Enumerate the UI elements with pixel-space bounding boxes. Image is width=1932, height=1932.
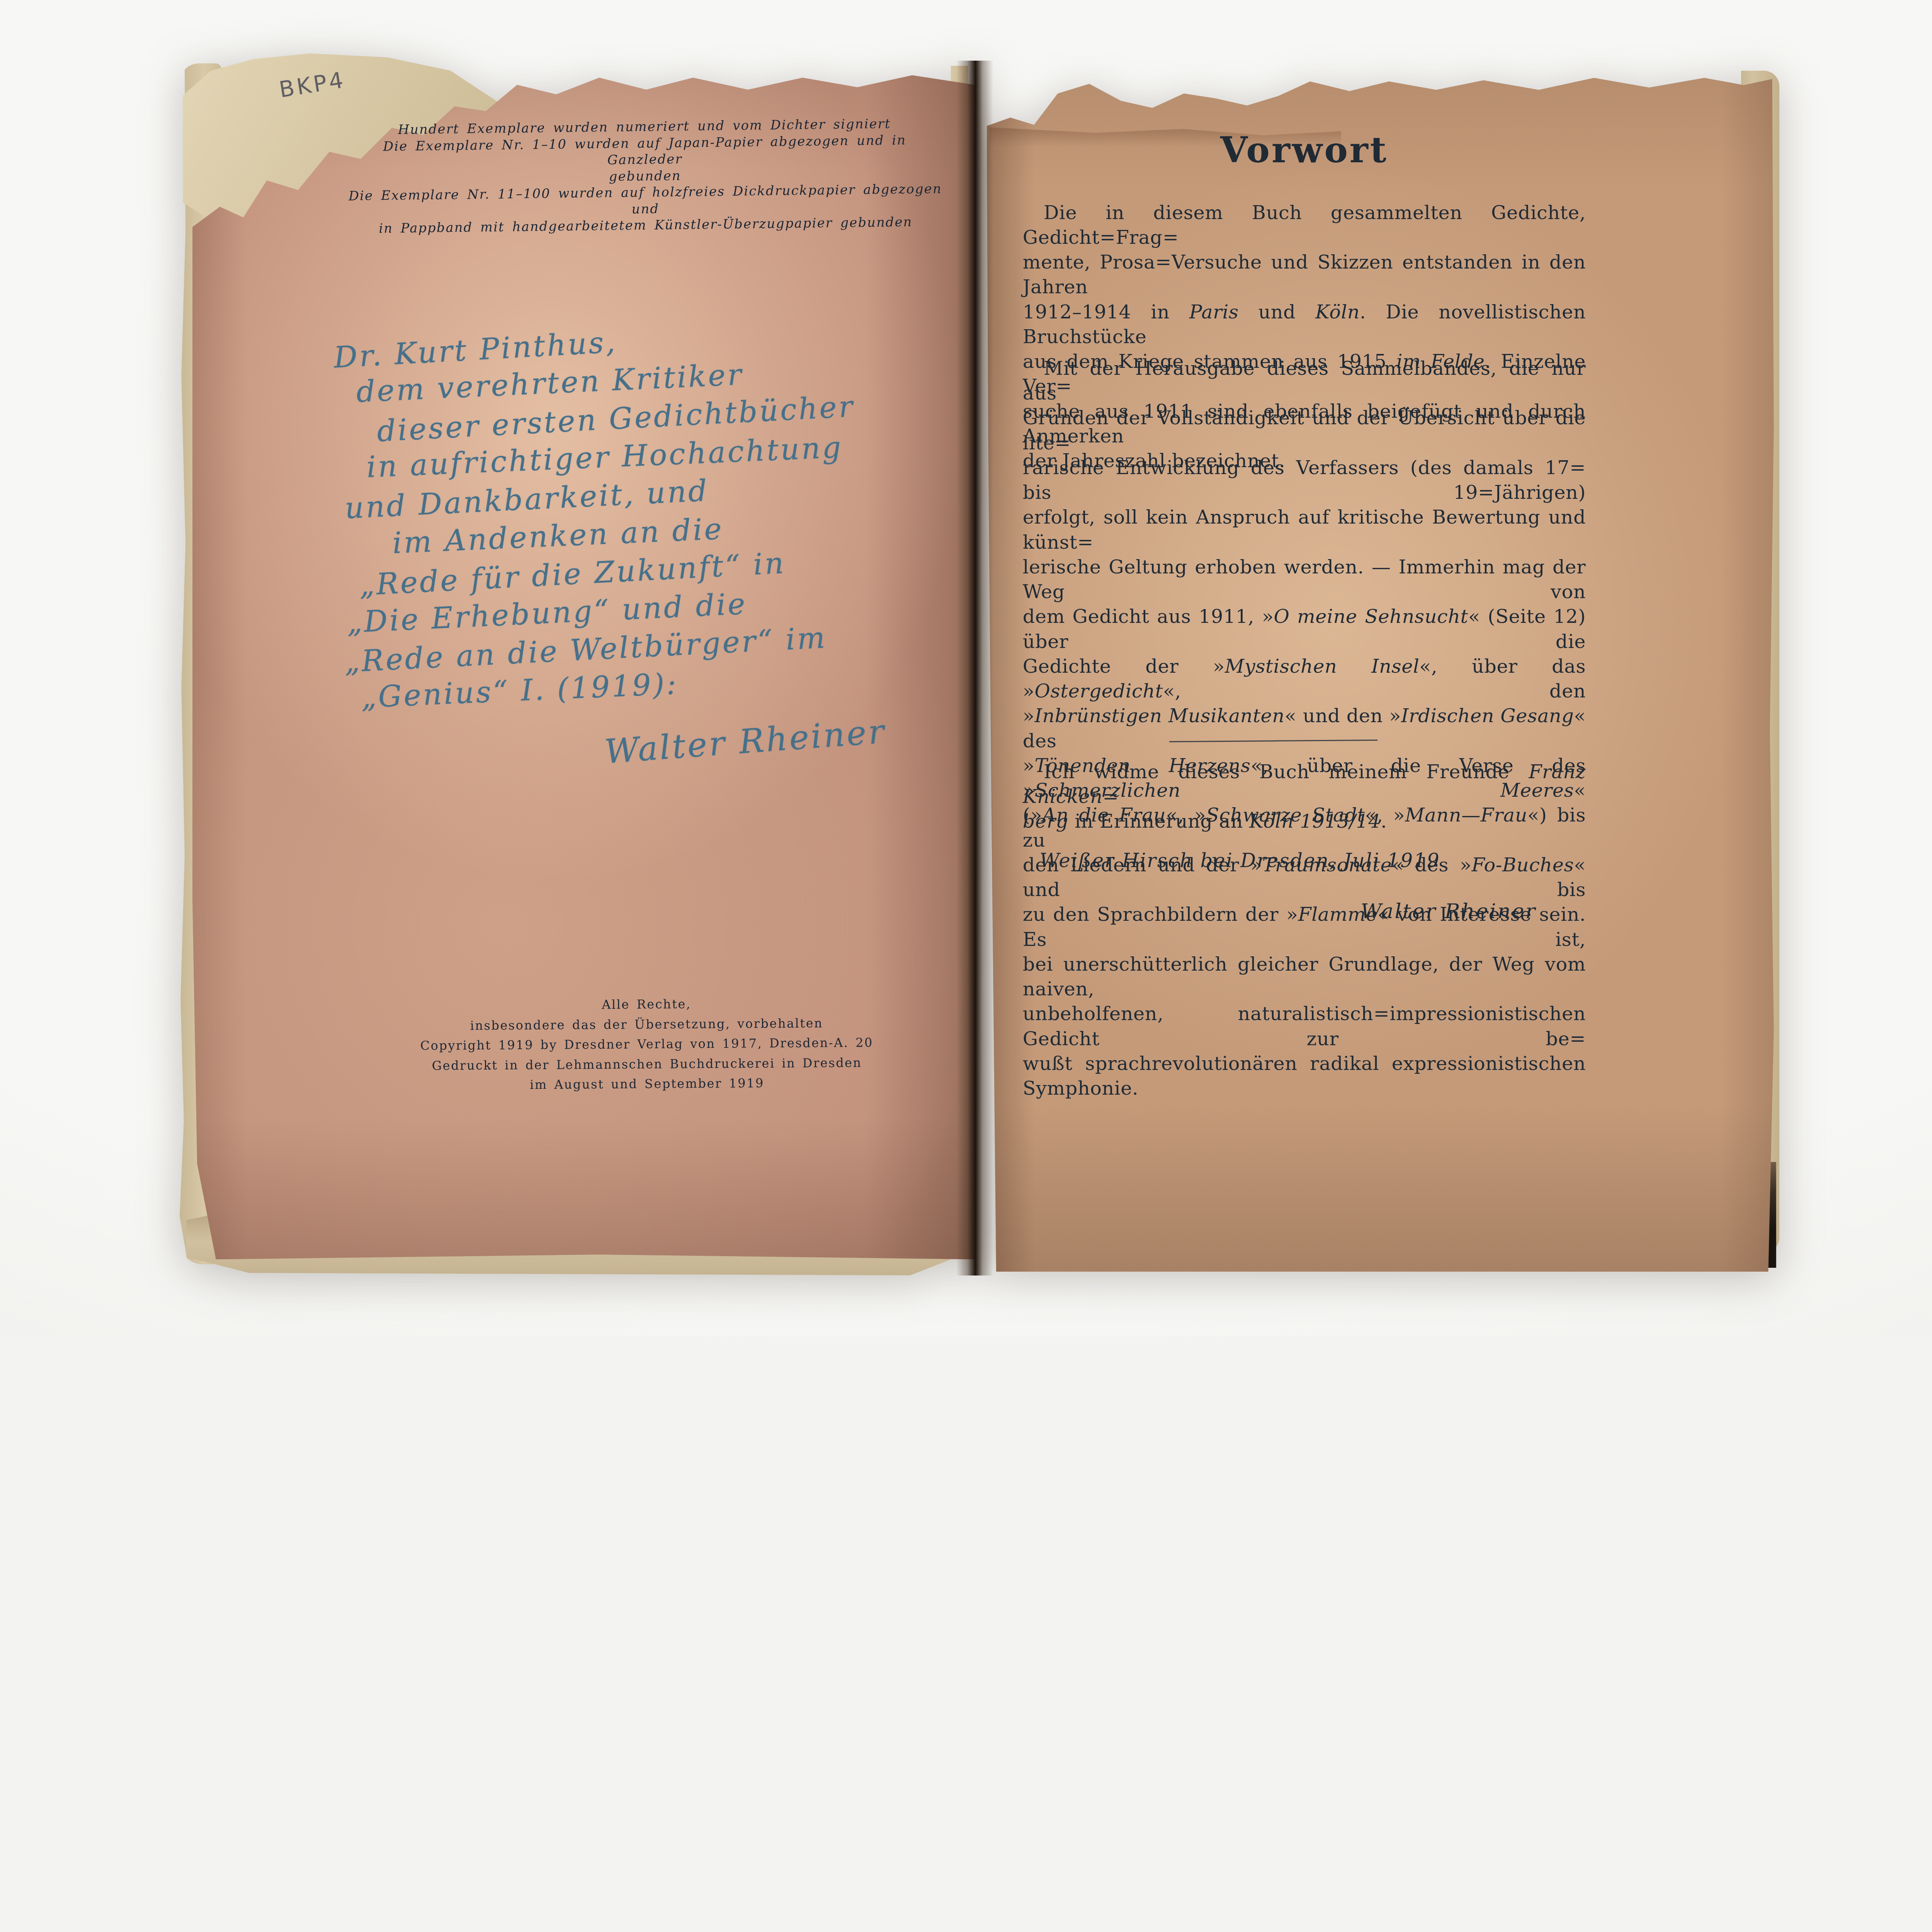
printed-dedication: Ich widme dieses Buch meinem Freunde Fra… bbox=[1023, 759, 1586, 834]
text-line: im August und September 1919 bbox=[410, 1073, 884, 1096]
photo-backdrop: BKP4 Hundert Exemplare wurden numeriert … bbox=[0, 0, 1932, 1336]
place-date-line: Weißer Hirsch bei Dresden, Juli 1919 bbox=[1039, 849, 1440, 872]
text-line: dem Gedicht aus 1911, »O meine Sehnsucht… bbox=[1023, 604, 1586, 654]
text-line: Ich widme dieses Buch meinem Freunde Fra… bbox=[1023, 759, 1586, 809]
text-line: wußt sprachrevolutionären radikal expres… bbox=[1023, 1051, 1586, 1101]
preface-paragraph-2: Mit der Herausgabe dieses Sammelbandes, … bbox=[1023, 356, 1586, 1101]
author-signature-line: Walter Rheiner bbox=[1361, 900, 1536, 923]
text-line: Copyright 1919 by Dresdner Verlag von 19… bbox=[410, 1033, 884, 1056]
copyright-imprint: Alle Rechte,insbesondere das der Überset… bbox=[410, 993, 884, 1096]
text-line: rarische Entwicklung des Verfassers (des… bbox=[1023, 455, 1586, 505]
text-line: »Inbrünstigen Musikanten« und den »Irdis… bbox=[1023, 703, 1586, 753]
text-line: Gedruckt in der Lehmannschen Buchdrucker… bbox=[410, 1053, 884, 1076]
text-line: lerische Geltung erhoben werden. — Immer… bbox=[1023, 554, 1586, 604]
text-line: bei unerschütterlich gleicher Grundlage,… bbox=[1023, 952, 1586, 1002]
text-line: Mit der Herausgabe dieses Sammelbandes, … bbox=[1023, 356, 1586, 406]
text-line: erfolgt, soll kein Anspruch auf kritisch… bbox=[1023, 505, 1586, 554]
text-line: Alle Rechte, bbox=[410, 993, 883, 1016]
text-line: Die in diesem Buch gesammelten Gedichte,… bbox=[1023, 200, 1586, 250]
text-line: mente, Prosa=Versuche und Skizzen entsta… bbox=[1023, 250, 1586, 299]
limitation-colophon: Hundert Exemplare wurden numeriert und v… bbox=[344, 115, 947, 237]
text-line: Gedichte der »Mystischen Insel«, über da… bbox=[1023, 654, 1586, 704]
text-line: 1912–1914 in Paris und Köln. Die novelli… bbox=[1023, 299, 1586, 349]
text-line: unbeholfenen, naturalistisch=impressioni… bbox=[1023, 1001, 1586, 1051]
text-line: insbesondere das der Übersetzung, vorbeh… bbox=[410, 1013, 884, 1036]
handwritten-dedication: Dr. Kurt Pinthus,dem verehrten Kritikerd… bbox=[329, 312, 936, 774]
page-title: Vorwort bbox=[1023, 130, 1586, 171]
text-line: berg in Erinnerung an Köln 1913/14. bbox=[1023, 809, 1586, 833]
right-page-text-column: Vorwort Die in diesem Buch gesammelten G… bbox=[1023, 53, 1586, 1285]
text-line: Gründen der Vollständigkeit und der Über… bbox=[1023, 405, 1586, 455]
book-spread: BKP4 Hundert Exemplare wurden numeriert … bbox=[180, 53, 1779, 1285]
